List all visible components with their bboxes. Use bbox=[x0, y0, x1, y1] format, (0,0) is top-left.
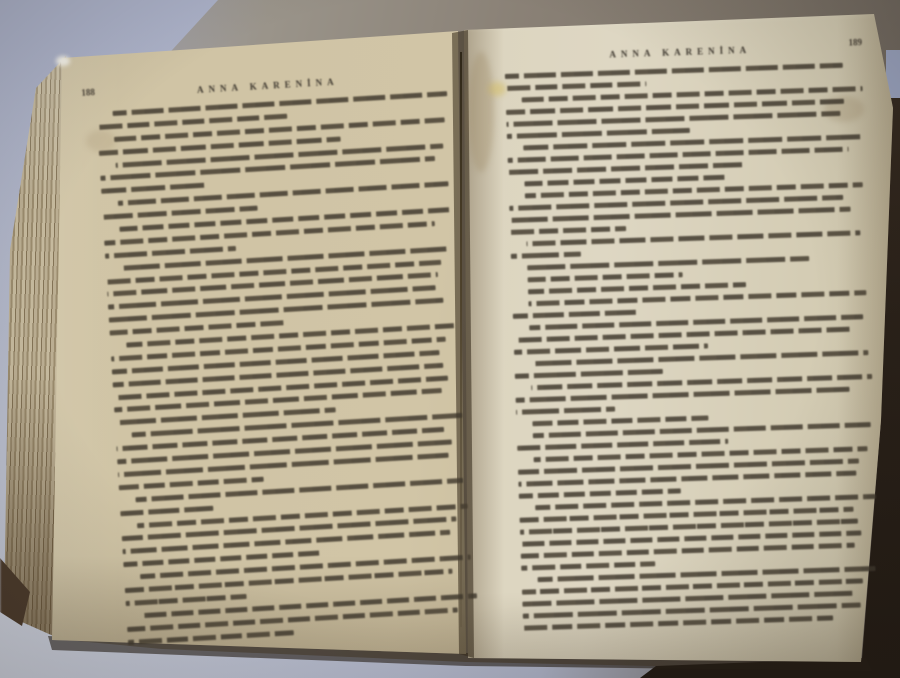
text-line bbox=[119, 477, 264, 491]
text-line bbox=[120, 505, 213, 516]
text-line bbox=[524, 175, 725, 187]
text-line bbox=[511, 252, 582, 259]
photo-of-open-book: 188 ANNA KARENİNA ANNA KARENİNA 189 bbox=[0, 0, 900, 678]
text-line bbox=[517, 439, 728, 451]
text-line bbox=[514, 343, 708, 354]
paper-stain bbox=[468, 52, 494, 172]
left-running-header: ANNA KARENİNA bbox=[197, 77, 339, 95]
right-running-header: ANNA KARENİNA bbox=[609, 45, 751, 60]
text-line bbox=[505, 81, 646, 91]
text-line bbox=[527, 256, 809, 270]
text-line bbox=[528, 282, 746, 294]
text-line bbox=[101, 183, 205, 194]
text-line bbox=[513, 310, 640, 319]
text-line bbox=[519, 488, 681, 498]
text-line bbox=[515, 369, 663, 379]
right-page-lines bbox=[505, 62, 875, 630]
text-line bbox=[516, 407, 615, 415]
text-line bbox=[523, 615, 833, 630]
text-line bbox=[105, 246, 236, 259]
text-line bbox=[128, 630, 294, 645]
text-line bbox=[103, 206, 258, 220]
right-page-number: 189 bbox=[848, 37, 862, 47]
text-line bbox=[521, 561, 655, 570]
text-line bbox=[505, 63, 843, 79]
right-page-text: ANNA KARENİNA 189 bbox=[504, 36, 876, 659]
left-page-text: 188 ANNA KARENİNA bbox=[95, 66, 473, 660]
page-corner-glint bbox=[56, 56, 70, 66]
text-line bbox=[532, 415, 708, 426]
left-page-number: 188 bbox=[81, 87, 95, 98]
left-page-lines bbox=[97, 91, 473, 644]
text-line bbox=[507, 128, 690, 139]
text-line bbox=[508, 162, 747, 175]
text-line bbox=[126, 594, 247, 606]
text-line bbox=[510, 226, 626, 235]
text-line bbox=[110, 320, 289, 336]
text-line bbox=[528, 272, 683, 282]
